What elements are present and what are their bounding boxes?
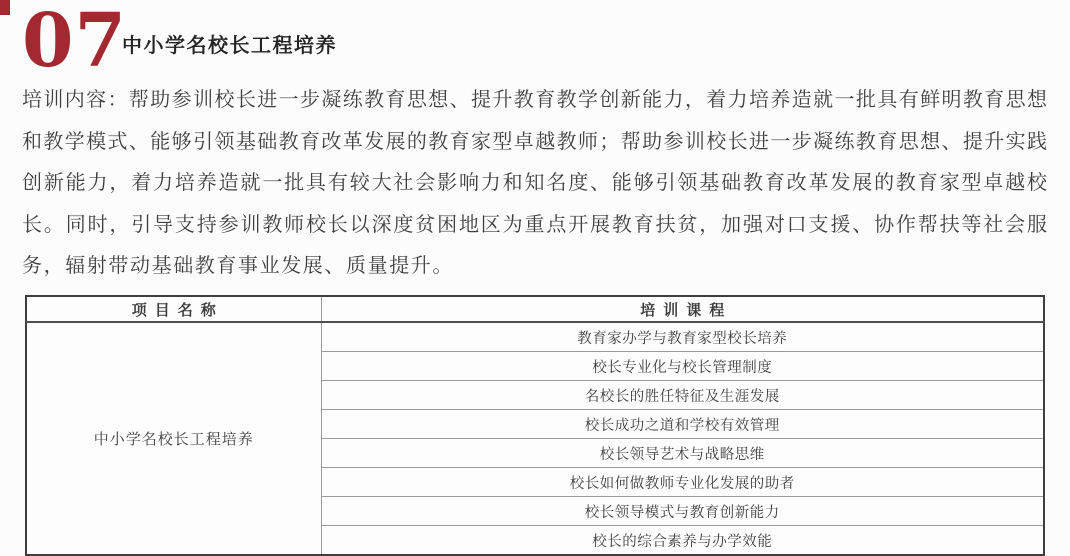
course-cell-6: 校长如何做教师专业化发展的助者 bbox=[321, 468, 1044, 497]
curriculum-table: 项目名称 培训课程 中小学名校长工程培养 教育家办学与教育家型校长培养 校长专业… bbox=[25, 295, 1045, 556]
course-cell-7: 校长领导模式与教育创新能力 bbox=[321, 497, 1044, 526]
course-cell-3: 名校长的胜任特征及生涯发展 bbox=[321, 381, 1044, 410]
course-cell-1: 教育家办学与教育家型校长培养 bbox=[321, 322, 1044, 352]
table-header-row: 项目名称 培训课程 bbox=[26, 296, 1044, 322]
content-line-4: 长。同时，引导支持参训教师校长以深度贫困地区为重点开展教育扶贫，加强对口支援、协… bbox=[22, 205, 1048, 247]
header-training-courses: 培训课程 bbox=[321, 296, 1044, 322]
project-name-cell: 中小学名校长工程培养 bbox=[26, 322, 321, 556]
course-cell-5: 校长领导艺术与战略思维 bbox=[321, 439, 1044, 468]
content-line-2: 和教学模式、能够引领基础教育改革发展的教育家型卓越教师；帮助参训校长进一步凝练教… bbox=[22, 122, 1048, 164]
training-content-paragraph: 培训内容：帮助参训校长进一步凝练教育思想、提升教育教学创新能力，着力培养造就一批… bbox=[22, 80, 1048, 288]
content-line-5: 务，辐射带动基础教育事业发展、质量提升。 bbox=[22, 246, 1048, 288]
content-line-1: 培训内容：帮助参训校长进一步凝练教育思想、提升教育教学创新能力，着力培养造就一批… bbox=[22, 80, 1048, 122]
table-row: 中小学名校长工程培养 教育家办学与教育家型校长培养 bbox=[26, 322, 1044, 352]
section-title: 中小学名校长工程培养 bbox=[122, 34, 337, 58]
course-cell-8: 校长的综合素养与办学效能 bbox=[321, 526, 1044, 556]
course-cell-2: 校长专业化与校长管理制度 bbox=[321, 352, 1044, 381]
header-project-name: 项目名称 bbox=[26, 296, 321, 322]
corner-red-mark bbox=[0, 0, 10, 15]
section-number: 07 bbox=[22, 4, 127, 78]
course-cell-4: 校长成功之道和学校有效管理 bbox=[321, 410, 1044, 439]
content-line-3: 创新能力，着力培养造就一批具有较大社会影响力和知名度、能够引领基础教育改革发展的… bbox=[22, 163, 1048, 205]
